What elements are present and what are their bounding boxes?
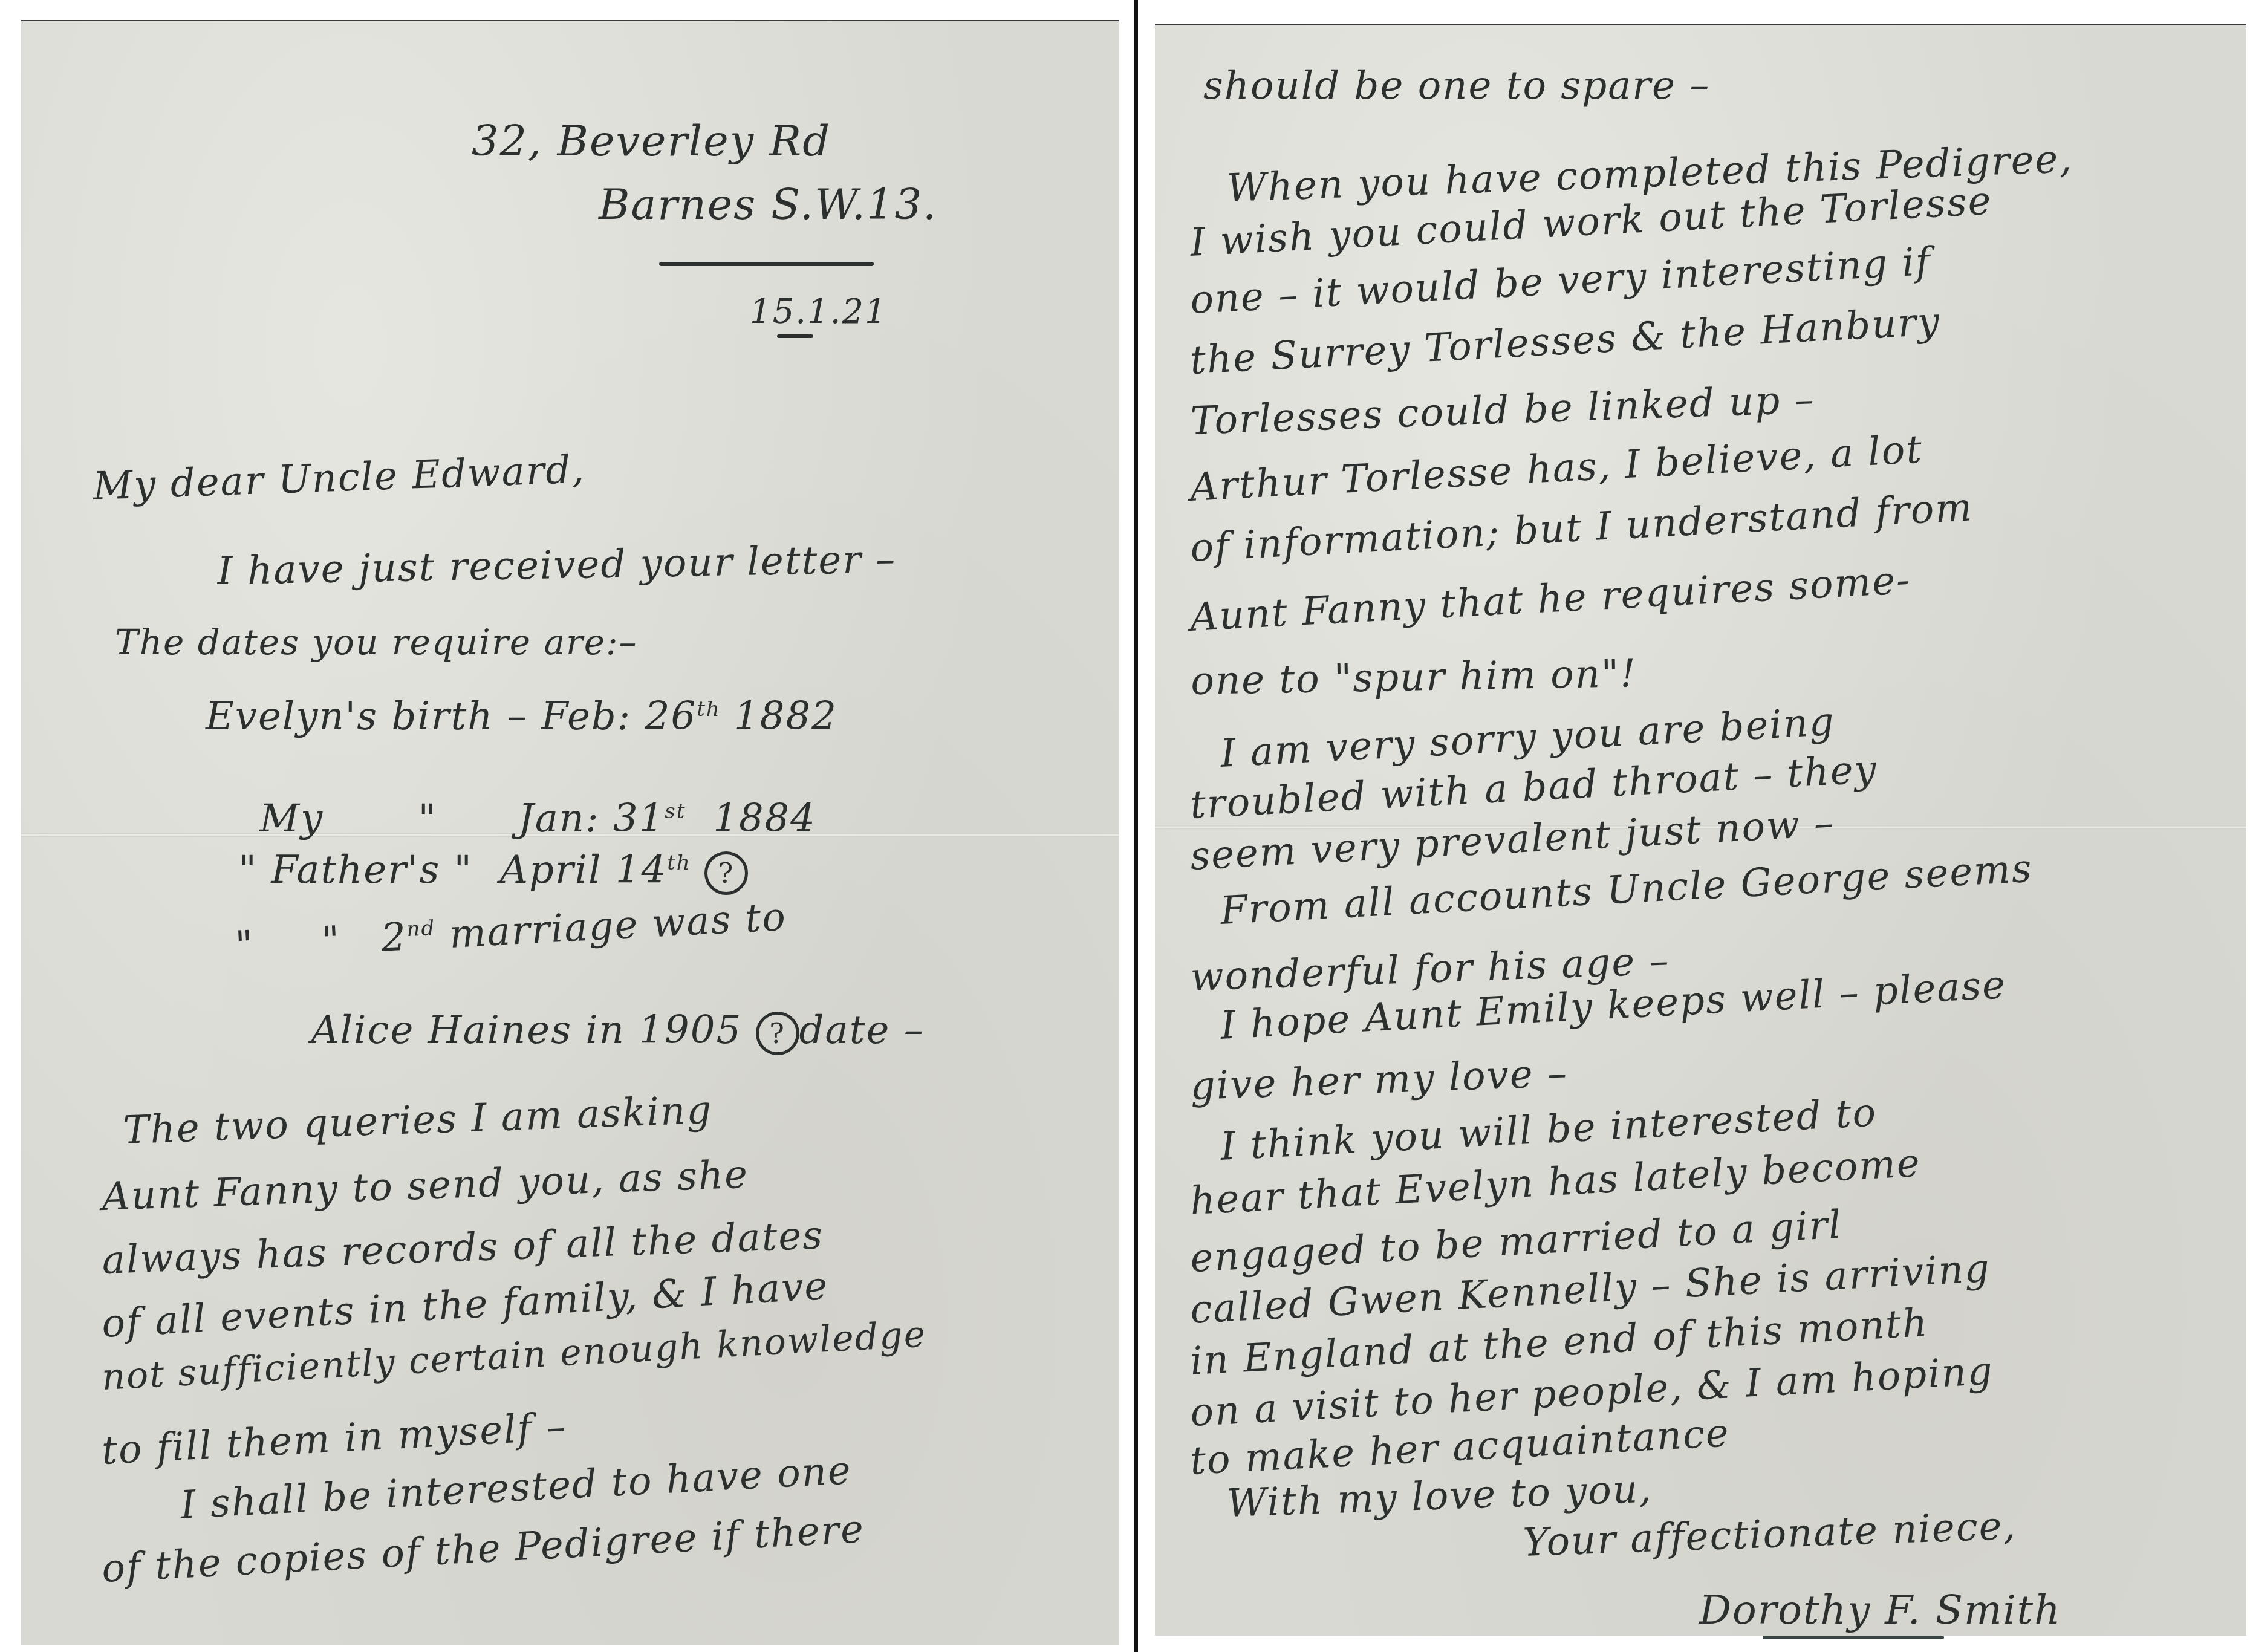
- address-line-2: Barnes S.W.13.: [599, 183, 937, 226]
- letter-date: 15.1.21: [750, 295, 888, 329]
- marriage-line: Alice Haines in 1905 ?date –: [257, 972, 925, 1094]
- uncertain-question-icon: ?: [756, 1012, 799, 1055]
- dates-year: marriage was to: [448, 895, 787, 957]
- address-line-1: 32, Beverley Rd: [472, 120, 831, 162]
- salutation: My dear Uncle Edward,: [93, 450, 586, 506]
- body-line: one to "spur him on"!: [1191, 654, 1637, 701]
- body-line: The two queries I am asking: [123, 1091, 714, 1150]
- body-line: Aunt Fanny that he requires some-: [1189, 561, 1912, 637]
- marriage-after: date –: [799, 1008, 925, 1053]
- body-line: Torlesses could be linked up –: [1190, 380, 1816, 441]
- letter-page-2: should be one to spare – When you have c…: [1155, 24, 2246, 1636]
- body-line: I have just received your letter –: [217, 540, 897, 591]
- body-line: should be one to spare –: [1203, 67, 1710, 105]
- marriage-text: Alice Haines in 1905: [311, 1008, 742, 1053]
- signature-underline: [1763, 1636, 1944, 1639]
- dates-suffix: th: [697, 697, 721, 721]
- dates-suffix: nd: [406, 916, 436, 941]
- signature: Dorothy F. Smith: [1699, 1590, 2061, 1630]
- body-line: to fill them in myself –: [101, 1408, 568, 1471]
- dates-row: Evelyn's birth – Feb: 26th 1882: [206, 697, 837, 736]
- date-rule: [777, 334, 813, 338]
- letter-page-1: 32, Beverley Rd Barnes S.W.13. 15.1.21 M…: [21, 20, 1119, 1645]
- dates-person: Evelyn's birth –: [206, 694, 528, 739]
- dates-date: Feb: 26: [541, 694, 697, 739]
- body-line: The dates you require are:–: [115, 625, 638, 660]
- dates-year: 1882: [734, 694, 837, 739]
- body-line: Aunt Fanny to send you, as she: [102, 1156, 749, 1217]
- page-divider: [1134, 0, 1138, 1652]
- dates-date: 2: [380, 915, 409, 961]
- header-rule: [659, 262, 874, 266]
- body-line: give her my love –: [1190, 1054, 1569, 1106]
- dates-person: " ": [234, 918, 342, 968]
- closing: Your affectionate niece,: [1523, 1507, 2017, 1563]
